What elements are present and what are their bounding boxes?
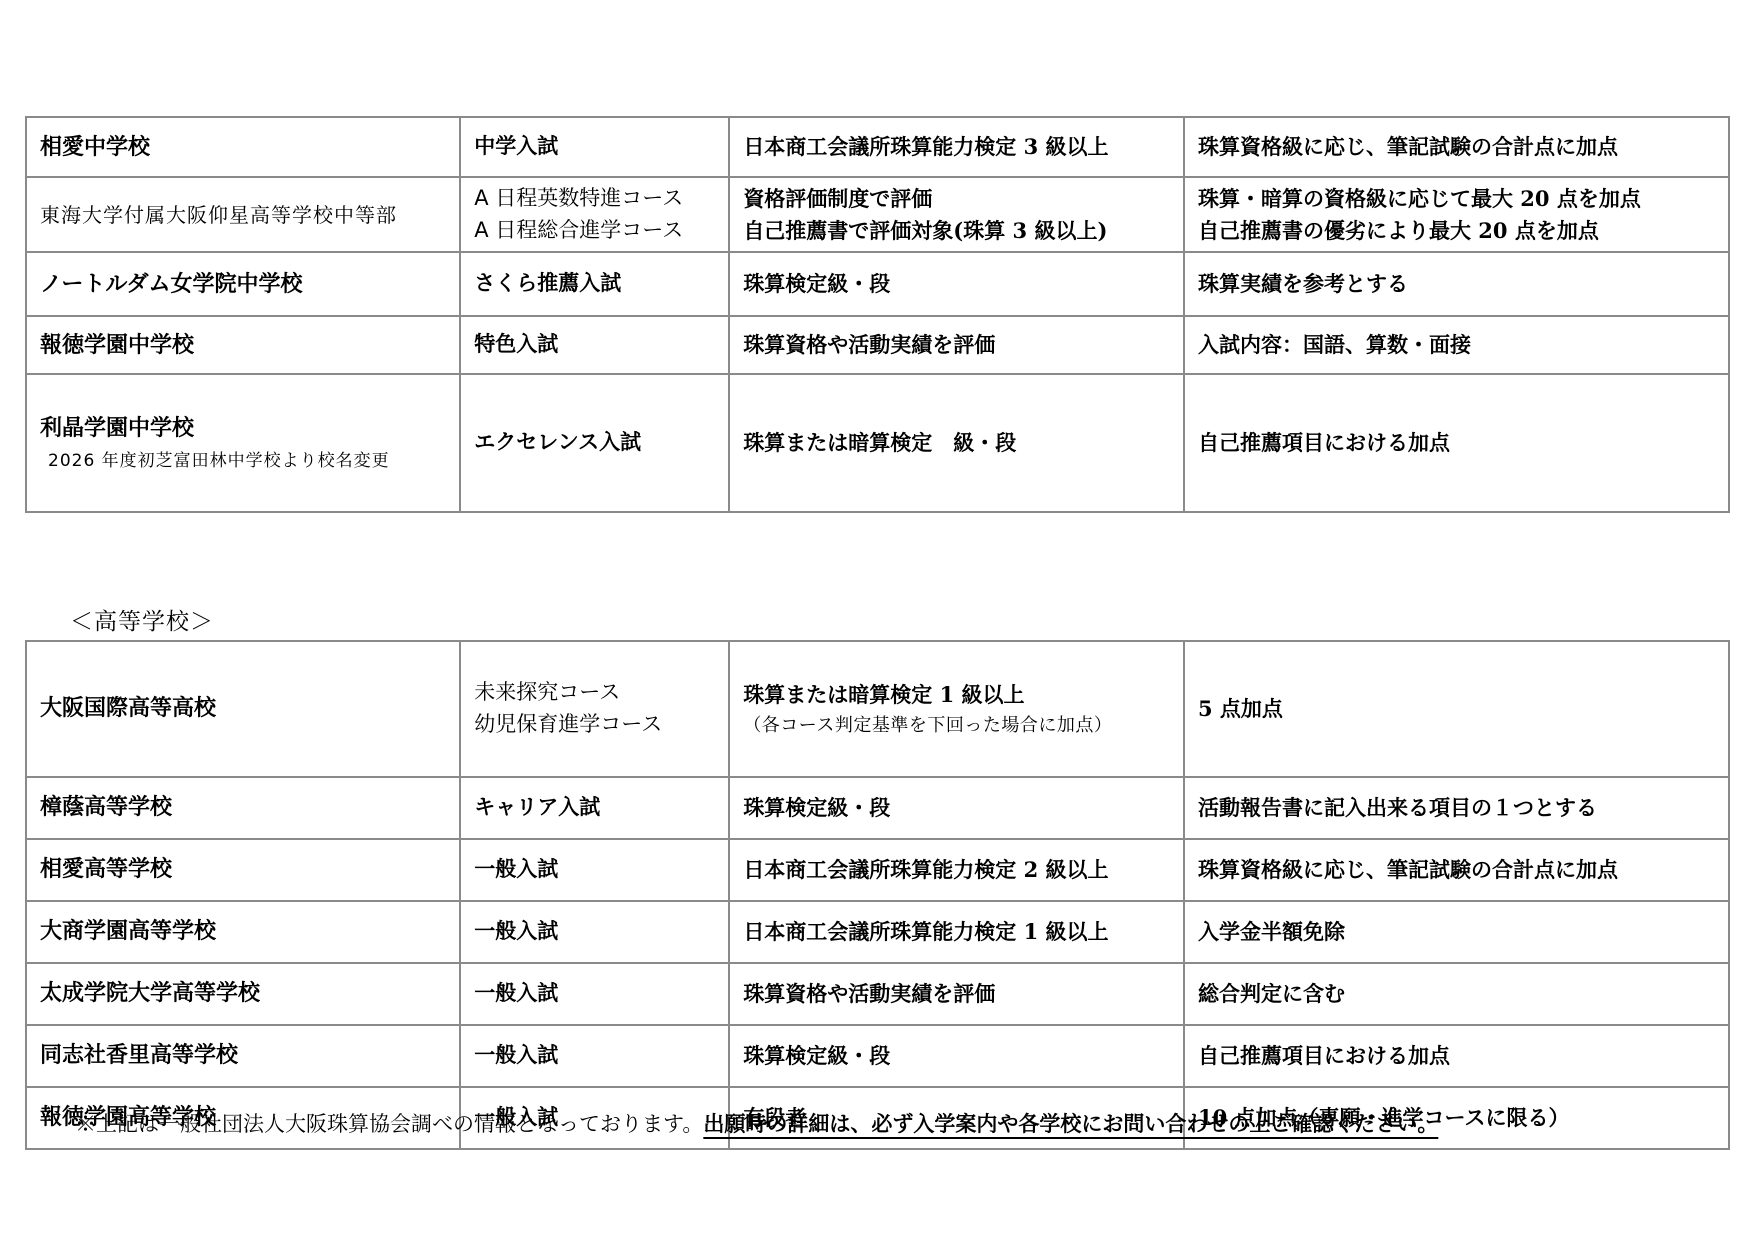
exam-type-cell: 一般入試 (460, 901, 729, 963)
table-row: ノートルダム女学院中学校 さくら推薦入試 珠算検定級・段 珠算実績を参考とする (26, 252, 1729, 316)
benefit-cell: 自己推薦項目における加点 (1184, 1025, 1729, 1087)
school-cell: 相愛中学校 (26, 117, 460, 177)
school-cell: 樟蔭高等学校 (26, 777, 460, 839)
benefit-cell: 活動報告書に記入出来る項目の１つとする (1184, 777, 1729, 839)
requirement-cell: 珠算検定級・段 (729, 1025, 1184, 1087)
footnote-warning-text: 出願時の詳細は、必ず入学案内や各学校にお問い合わせの上ご確認ください。 (703, 1111, 1438, 1136)
requirement-cell: 日本商工会議所珠算能力検定 3 級以上 (729, 117, 1184, 177)
exam-type-cell: エクセレンス入試 (460, 374, 729, 512)
table-row: 大阪国際高等高校 未来探究コース 幼児保育進学コース 珠算または暗算検定 1 級… (26, 641, 1729, 777)
exam-type-cell: A 日程英数特進コース A 日程総合進学コース (460, 177, 729, 252)
school-name: ノートルダム女学院中学校 (40, 272, 302, 297)
school-cell: ノートルダム女学院中学校 (26, 252, 460, 316)
school-name: 樟蔭高等学校 (40, 795, 172, 820)
exam-type-cell: 一般入試 (460, 963, 729, 1025)
exam-type-cell: 中学入試 (460, 117, 729, 177)
school-cell: 大商学園高等学校 (26, 901, 460, 963)
footnote-source-text: ※上記は一般社団法人大阪珠算協会調べの情報となっております。 (75, 1112, 703, 1136)
table-row: 報徳学園中学校 特色入試 珠算資格や活動実績を評価 入試内容：国語、算数・面接 (26, 316, 1729, 374)
requirement-cell: 日本商工会議所珠算能力検定 2 級以上 (729, 839, 1184, 901)
footnote: ※上記は一般社団法人大阪珠算協会調べの情報となっております。出願時の詳細は、必ず… (75, 1108, 1438, 1141)
requirement-cell: 珠算資格や活動実績を評価 (729, 963, 1184, 1025)
table-row: 同志社香里高等学校 一般入試 珠算検定級・段 自己推薦項目における加点 (26, 1025, 1729, 1087)
school-name: 大阪国際高等高校 (40, 696, 216, 721)
school-name: 大商学園高等学校 (40, 919, 216, 944)
school-cell: 同志社香里高等学校 (26, 1025, 460, 1087)
school-cell: 相愛高等学校 (26, 839, 460, 901)
school-name: 東海大学付属大阪仰星高等学校中等部 (40, 203, 397, 227)
school-cell: 東海大学付属大阪仰星高等学校中等部 (26, 177, 460, 252)
requirement-cell: 珠算または暗算検定 級・段 (729, 374, 1184, 512)
table-row: 利晶学園中学校 2026 年度初芝富田林中学校より校名変更 エクセレンス入試 珠… (26, 374, 1729, 512)
benefit-cell: 珠算実績を参考とする (1184, 252, 1729, 316)
benefit-cell: 5 点加点 (1184, 641, 1729, 777)
exam-type-cell: 一般入試 (460, 1025, 729, 1087)
requirement-cell: 珠算検定級・段 (729, 252, 1184, 316)
table-row: 東海大学付属大阪仰星高等学校中等部 A 日程英数特進コース A 日程総合進学コー… (26, 177, 1729, 252)
school-cell: 利晶学園中学校 2026 年度初芝富田林中学校より校名変更 (26, 374, 460, 512)
high-school-table: 大阪国際高等高校 未来探究コース 幼児保育進学コース 珠算または暗算検定 1 級… (25, 640, 1730, 1150)
section-heading-high-school: ＜高等学校＞ (70, 603, 214, 636)
requirement-cell: 資格評価制度で評価 自己推薦書で評価対象(珠算 3 級以上) (729, 177, 1184, 252)
requirement-cell: 日本商工会議所珠算能力検定 1 級以上 (729, 901, 1184, 963)
school-cell: 報徳学園中学校 (26, 316, 460, 374)
table-row: 大商学園高等学校 一般入試 日本商工会議所珠算能力検定 1 級以上 入学金半額免… (26, 901, 1729, 963)
benefit-cell: 珠算資格級に応じ、筆記試験の合計点に加点 (1184, 117, 1729, 177)
benefit-cell: 入学金半額免除 (1184, 901, 1729, 963)
exam-type-cell: 未来探究コース 幼児保育進学コース (460, 641, 729, 777)
junior-high-table: 相愛中学校 中学入試 日本商工会議所珠算能力検定 3 級以上 珠算資格級に応じ、… (25, 116, 1730, 513)
benefit-cell: 自己推薦項目における加点 (1184, 374, 1729, 512)
school-name: 相愛中学校 (40, 135, 150, 160)
school-cell: 大阪国際高等高校 (26, 641, 460, 777)
requirement-cell: 珠算資格や活動実績を評価 (729, 316, 1184, 374)
requirement-cell: 珠算検定級・段 (729, 777, 1184, 839)
exam-type-cell: 特色入試 (460, 316, 729, 374)
table-row: 相愛中学校 中学入試 日本商工会議所珠算能力検定 3 級以上 珠算資格級に応じ、… (26, 117, 1729, 177)
benefit-cell: 珠算資格級に応じ、筆記試験の合計点に加点 (1184, 839, 1729, 901)
exam-type-cell: さくら推薦入試 (460, 252, 729, 316)
requirement-note: （各コース判定基準を下回った場合に加点） (743, 712, 1173, 739)
requirement-cell: 珠算または暗算検定 1 級以上 （各コース判定基準を下回った場合に加点） (729, 641, 1184, 777)
benefit-cell: 総合判定に含む (1184, 963, 1729, 1025)
school-name: 太成学院大学高等学校 (40, 981, 260, 1006)
school-cell: 太成学院大学高等学校 (26, 963, 460, 1025)
benefit-cell: 珠算・暗算の資格級に応じて最大 20 点を加点 自己推薦書の優劣により最大 20… (1184, 177, 1729, 252)
school-name: 相愛高等学校 (40, 857, 172, 882)
benefit-cell: 入試内容：国語、算数・面接 (1184, 316, 1729, 374)
requirement-main: 珠算または暗算検定 1 級以上 (743, 682, 1024, 707)
exam-type-cell: 一般入試 (460, 839, 729, 901)
school-name: 報徳学園中学校 (40, 333, 194, 358)
table-row: 相愛高等学校 一般入試 日本商工会議所珠算能力検定 2 級以上 珠算資格級に応じ… (26, 839, 1729, 901)
school-name: 利晶学園中学校 (40, 416, 194, 441)
school-rename-note: 2026 年度初芝富田林中学校より校名変更 (40, 449, 449, 475)
table-row: 太成学院大学高等学校 一般入試 珠算資格や活動実績を評価 総合判定に含む (26, 963, 1729, 1025)
school-name: 同志社香里高等学校 (40, 1043, 238, 1068)
table-row: 樟蔭高等学校 キャリア入試 珠算検定級・段 活動報告書に記入出来る項目の１つとす… (26, 777, 1729, 839)
page: { "page": { "background": "#ffffff", "te… (0, 0, 1755, 1241)
exam-type-cell: キャリア入試 (460, 777, 729, 839)
